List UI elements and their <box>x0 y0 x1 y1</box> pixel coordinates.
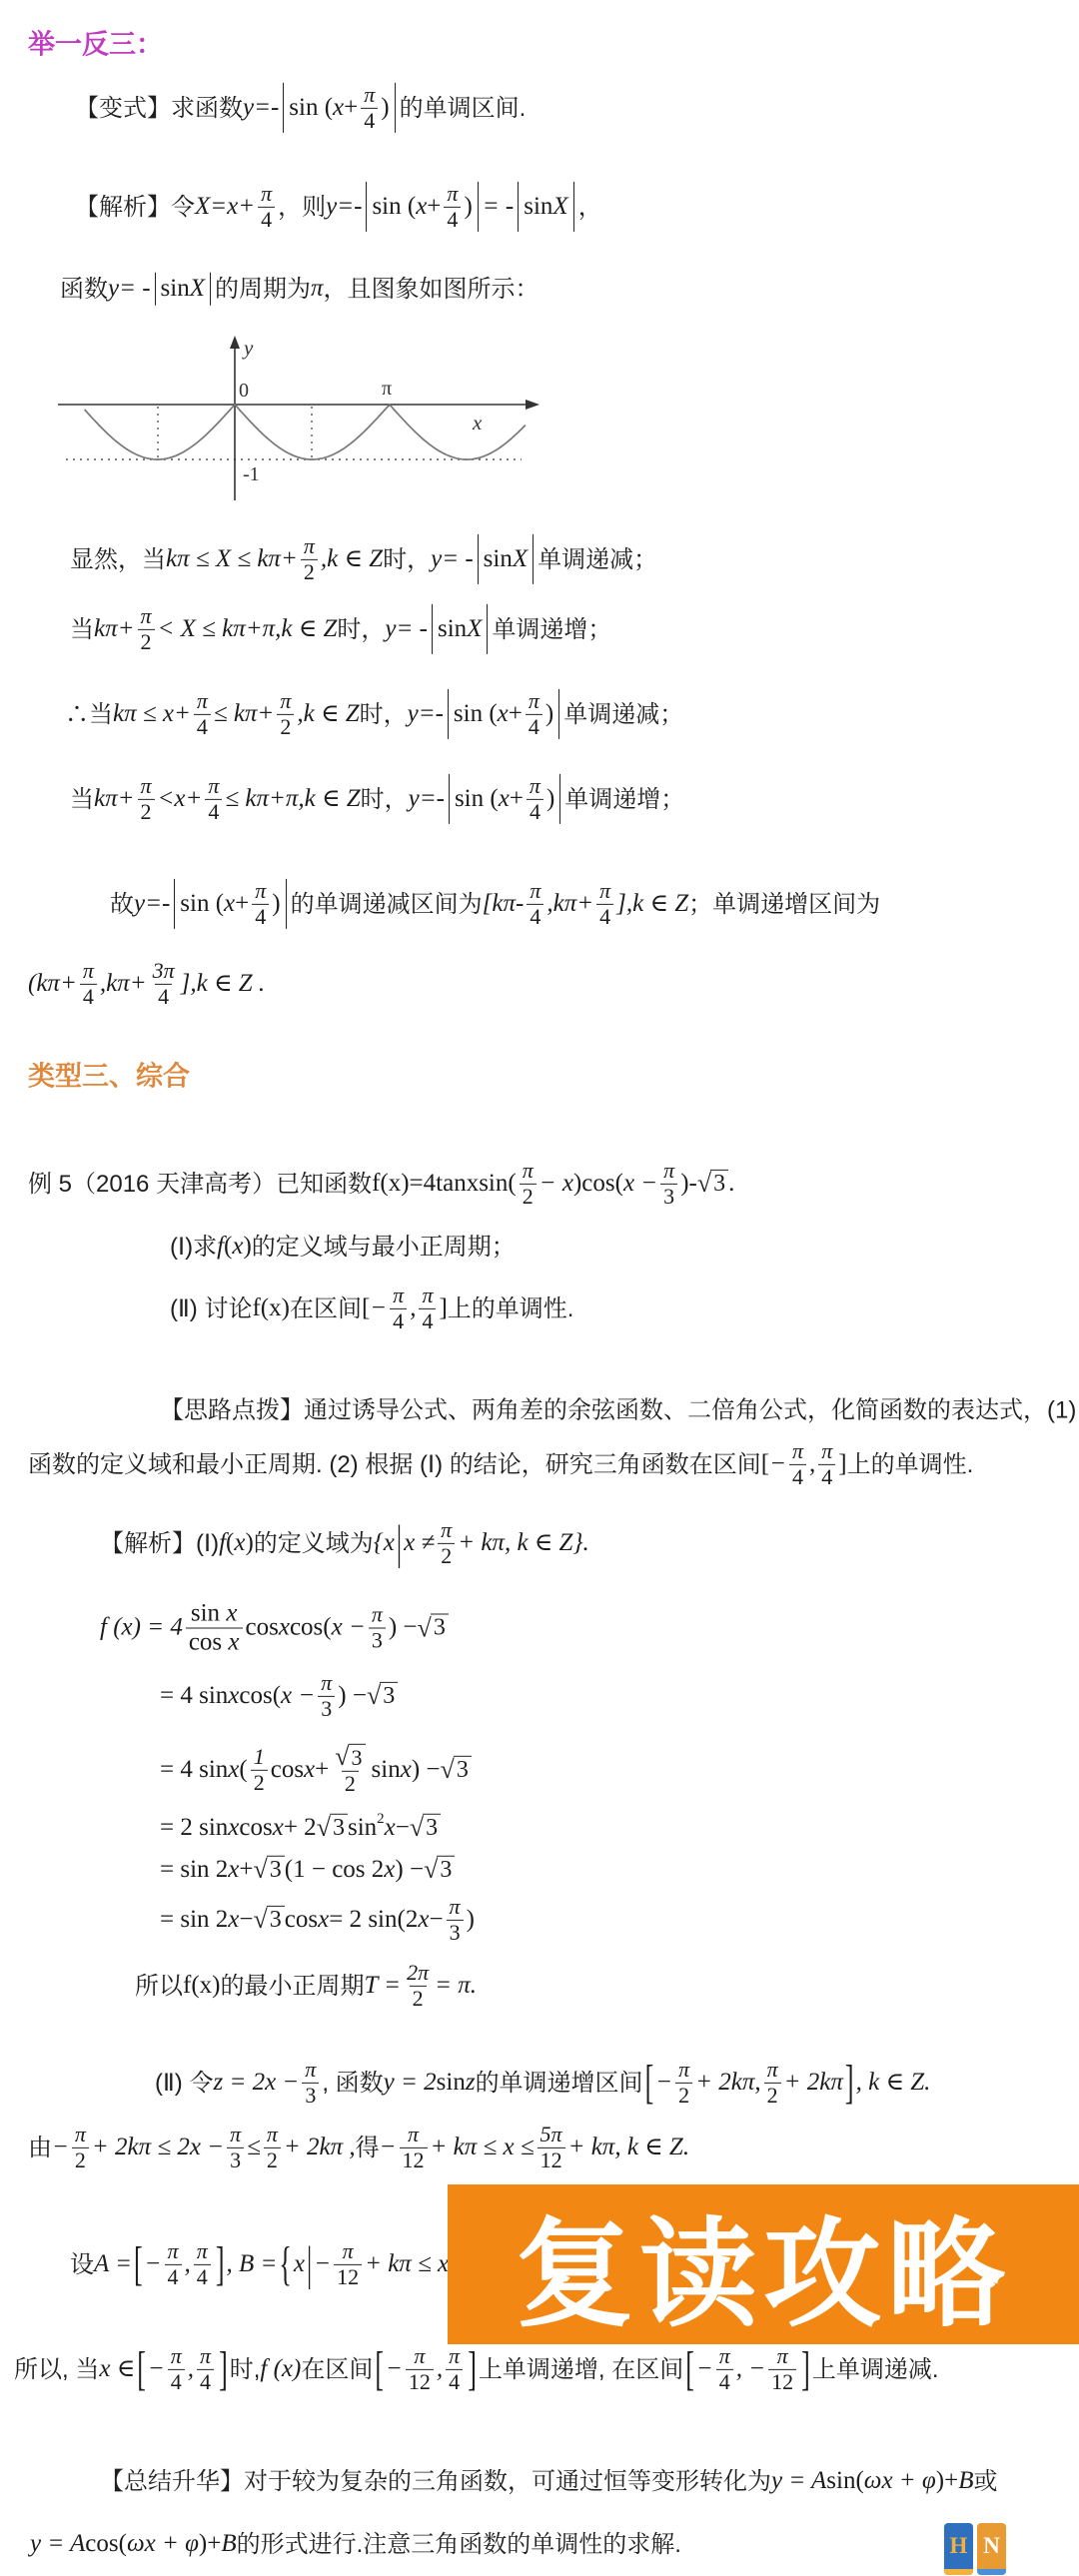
line-function-period: 函数 y= -sin X 的周期为 π，且图象如图所示： <box>60 273 539 306</box>
line-final-conclusion: 所以, 当 x ∈[−π4,π4]时, f (x) 在区间[−π12,π4]上单… <box>14 2344 939 2394</box>
y-axis-arrow <box>230 336 240 349</box>
hn-logo: H N <box>944 2523 1006 2575</box>
line-part2-z: (Ⅱ) 令 z = 2x − π3, 函数 y = 2 sin z 的单调递增区… <box>155 2058 930 2108</box>
line-hint-1: 【思路点拨】通过诱导公式、两角差的余弦函数、二倍角公式，化简函数的表达式，(1)… <box>160 1394 1079 1425</box>
minus1-label: -1 <box>243 463 260 485</box>
pi-label: π <box>382 378 392 400</box>
logo-tile-h: H <box>944 2523 973 2575</box>
line-therefore-decrease: ∴当 kπ ≤ x+π4≤ kπ+π2,k ∈ Z 时， y=-sin (x+π… <box>65 689 683 739</box>
line-fx-step4: = 2 sin x cos x + 2√3 sin2 x − √3 <box>160 1812 441 1845</box>
line-analysis-sub: 【解析】令 X=x+π4，则 y=-sin (x+π4) = -sin X， <box>75 182 602 232</box>
line-hint-2: 函数的定义域和最小正周期. (2) 根据 (Ⅰ) 的结论，研究三角函数在区间[−… <box>28 1439 973 1489</box>
line-part1-question: (Ⅰ)求 f(x)的定义域与最小正周期； <box>170 1231 516 1264</box>
logo-letter-n: N <box>977 2523 1006 2568</box>
function-curve <box>85 405 526 459</box>
line-increase-x: 当 kπ+π2<x+π4≤ kπ+π,k ∈ Z 时， y=-sin (x+π4… <box>70 774 684 824</box>
line-period-result: 所以 f(x)的最小正周期 T = 2π2 = π. <box>135 1961 477 2011</box>
line-obvious-decrease: 显然，当 kπ ≤ X ≤ kπ+π2,k ∈ Z 时， y= -sin X 单… <box>70 534 657 584</box>
logo-letter-h: H <box>944 2523 973 2568</box>
line-fx-step3: = 4 sin x(12 cos x + √32 sin x) − √3 <box>160 1744 472 1796</box>
origin-label: 0 <box>239 380 249 402</box>
logo-stripe-blue <box>977 2569 1006 2575</box>
watermark-text: 复读攻略 <box>516 2179 1011 2349</box>
x-axis-label: x <box>472 411 483 434</box>
math-document-page: 举一反三：【变式】求函数 y=-sin (x+π4) 的单调区间.【解析】令 X… <box>0 0 1079 2576</box>
line-inequality: 由 −π2+ 2kπ ≤ 2x − π3 ≤ π2+ 2kπ ,得 −π12+ … <box>28 2123 689 2172</box>
trig-graph: y 0 π x -1 <box>52 333 543 507</box>
heading-type3: 类型三、综合 <box>28 1059 190 1094</box>
heading-analogy: 举一反三： <box>28 27 163 62</box>
line-fx-step2: = 4 sin x cos(x − π3) − √3 <box>160 1671 398 1721</box>
line-fx-step6: = sin 2x − √3 cos x = 2 sin(2x − π3) <box>160 1895 475 1945</box>
line-analysis-domain: 【解析】(Ⅰ) f(x)的定义域为 {x|x ≠ π2+ kπ, k ∈ Z}. <box>100 1518 589 1568</box>
line-conclusion-intervals: 故 y=-sin (x+π4) 的单调递减区间为 [kπ-π4,kπ+π4],k… <box>110 879 880 929</box>
line-part2-question: (Ⅱ) 讨论 f(x)在区间[−π4,π4]上的单调性. <box>170 1284 573 1333</box>
line-increase-X: 当 kπ+π2< X ≤ kπ+π,k ∈ Z 时， y= -sin X 单调递… <box>70 604 611 654</box>
x-axis-arrow <box>526 400 539 410</box>
y-axis-label: y <box>242 336 254 360</box>
line-increase-interval: (kπ+π4,kπ+3π4],k ∈ Z . <box>28 959 265 1009</box>
watermark-banner: 复读攻略 <box>448 2184 1079 2344</box>
line-example5: 例 5（2016 天津高考）已知函数 f(x)=4tanxsin(π2− x)c… <box>28 1159 734 1209</box>
line-fx-step1: f (x) = 4 sin xcos x cos x cos(x − π3) −… <box>100 1600 449 1657</box>
line-summary-2: y = A cos(ωx + φ)+B 的形式进行.注意三角函数的单调性的求解. <box>30 2528 681 2561</box>
logo-tile-n: N <box>977 2523 1006 2575</box>
line-set-AB: 设 A = [−π4,π4], B = {x|−π12+ kπ ≤ x ≤ <box>70 2239 469 2289</box>
line-variant: 【变式】求函数 y=-sin (x+π4) 的单调区间. <box>75 83 526 133</box>
logo-stripe-gold <box>944 2569 973 2575</box>
line-summary-1: 【总结升华】对于较为复杂的三角函数，可通过恒等变形转化为 y = A sin(ω… <box>100 2465 997 2498</box>
line-fx-step5: = sin 2x + √3(1 − cos 2x) − √3 <box>160 1854 455 1887</box>
